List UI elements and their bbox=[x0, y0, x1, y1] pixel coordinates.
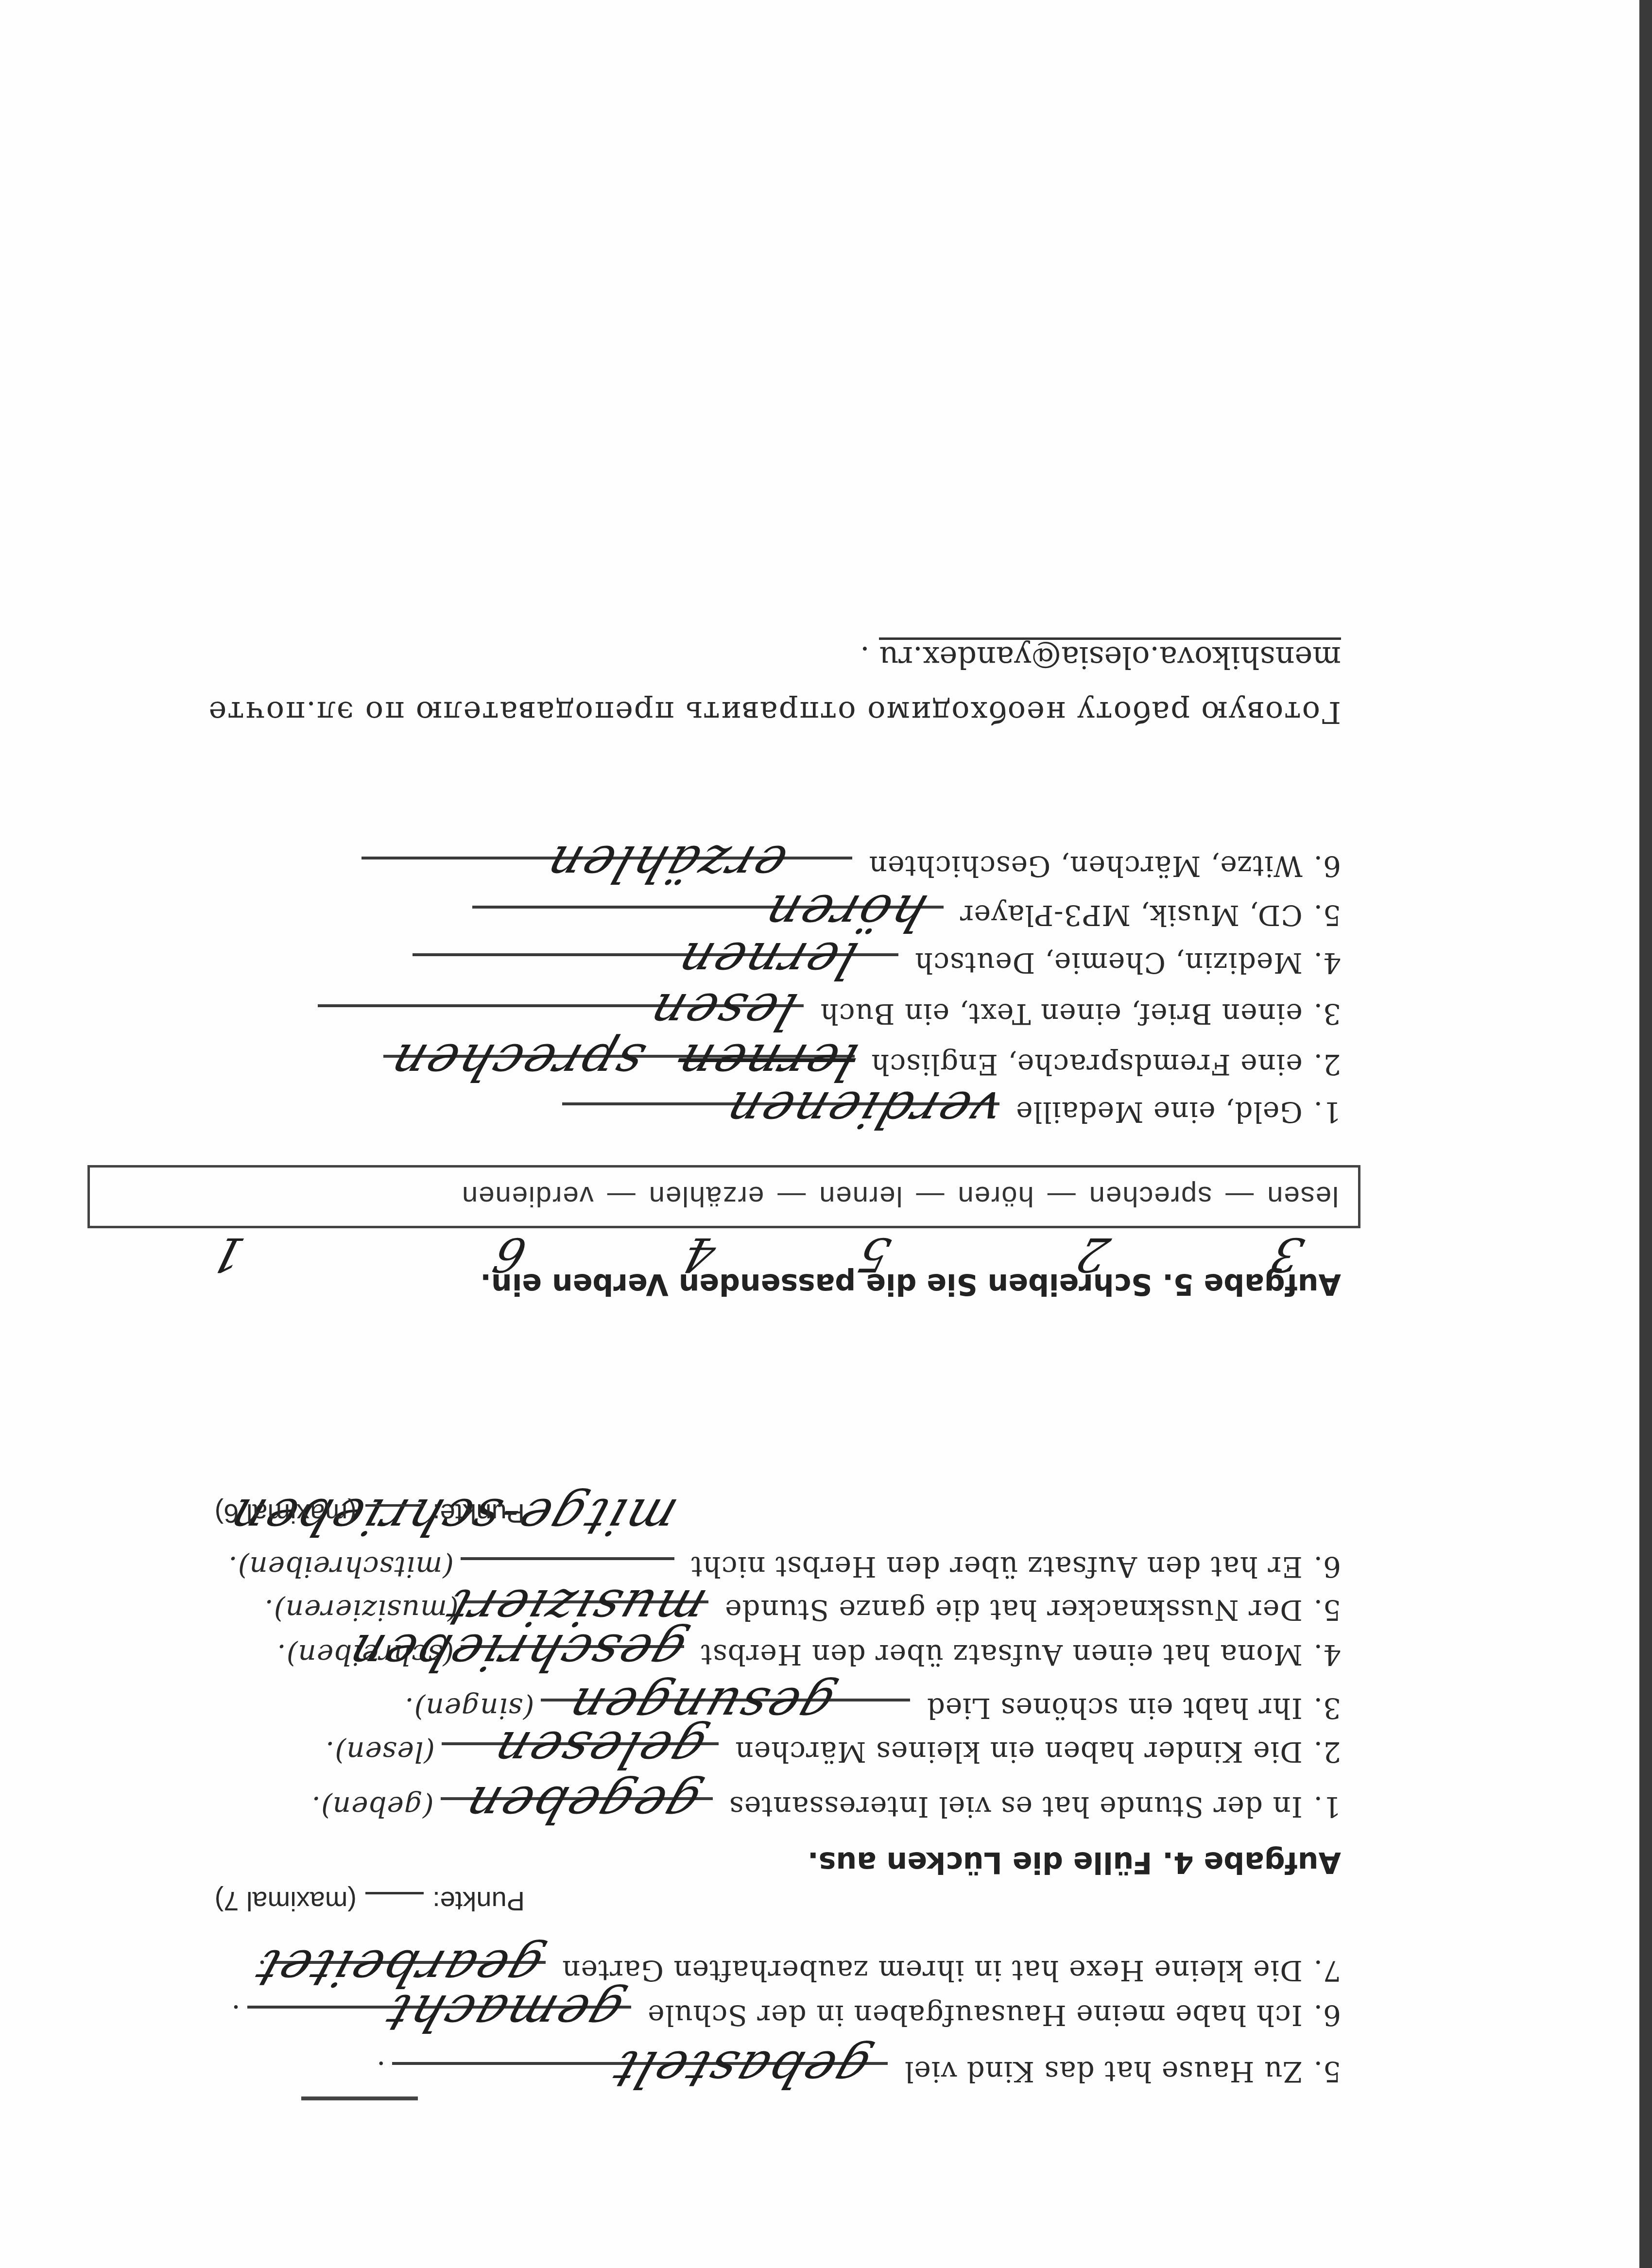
word-bank-box: lesen— sprechen— hören— lernen— erzählen… bbox=[87, 1165, 1360, 1228]
section-heading: Aufgabe 5. Schreiben Sie die passenden V… bbox=[480, 1267, 1341, 1301]
exercise-item: 6.Er hat den Aufsatz über den Herbst nic… bbox=[228, 1550, 1341, 1583]
answer-blank[interactable]: erzählen bbox=[361, 857, 852, 882]
word-bank-item: sprechen bbox=[1088, 1181, 1212, 1213]
handwritten-answer: gearbeitet bbox=[246, 1939, 551, 1998]
handwritten-answer: gegeben bbox=[455, 1775, 707, 1834]
handwritten-answer: gesungen bbox=[559, 1676, 842, 1735]
exercise-item: 1.In der Stunde hat es viel Interessante… bbox=[311, 1790, 1341, 1823]
exercise-item: 5.CD, Musik, MP3-Player hören bbox=[465, 899, 1341, 932]
exercise-item: 1.Geld, eine Medaille verdienen bbox=[555, 1096, 1341, 1129]
answer-blank[interactable]: gemacht bbox=[247, 2006, 631, 2031]
exercise-item: 6.Ich habe meine Hausaufgaben in der Sch… bbox=[231, 1999, 1341, 2032]
handwritten-answer: gebastelt bbox=[604, 2040, 878, 2099]
exercise-item: 5.Der Nussknacker hat die ganze Stunde m… bbox=[264, 1594, 1342, 1627]
word-bank-item: hören bbox=[957, 1181, 1033, 1213]
answer-blank[interactable]: lernen sprechen bbox=[383, 1055, 855, 1080]
handwritten-answer: lesen bbox=[640, 982, 804, 1041]
answer-blank[interactable]: gearbeitet bbox=[274, 1961, 546, 1986]
exercise-item: 3.einen Brief, einen Text, ein Buch lese… bbox=[311, 997, 1341, 1031]
answer-blank[interactable]: gegeben bbox=[441, 1797, 713, 1822]
divider-rule bbox=[301, 2096, 418, 2100]
score-blank[interactable] bbox=[365, 1504, 424, 1526]
exercise-item: 5.Zu Hause hat das Kind viel gebastelt. bbox=[376, 2055, 1341, 2088]
exercise-item: 7.Die kleine Hexe hat in ihrem zauberhaf… bbox=[257, 1954, 1341, 1987]
word-bank-item: lernen bbox=[818, 1181, 902, 1213]
email-line: menshikova.olesia@yandex.ru . bbox=[860, 640, 1341, 675]
scan-edge bbox=[1639, 0, 1652, 2268]
answer-blank[interactable]: mitge-schrieben bbox=[461, 1557, 674, 1582]
score-field: Punkte:(maximal 6) bbox=[215, 1498, 525, 1529]
answer-blank[interactable]: verdienen bbox=[562, 1102, 999, 1128]
answer-blank[interactable]: gelesen bbox=[442, 1742, 719, 1768]
exercise-item: 4.Medizin, Chemie, Deutsch lernen bbox=[406, 946, 1341, 979]
answer-blank[interactable]: gesungen bbox=[541, 1699, 910, 1724]
answer-blank[interactable]: geschrieben bbox=[461, 1645, 684, 1670]
handwritten-number: 1 bbox=[206, 1227, 250, 1282]
submission-instructions: Готовую работу необходимо отправить преп… bbox=[208, 695, 1341, 730]
answer-blank[interactable]: gebastelt bbox=[393, 2062, 888, 2087]
answer-blank[interactable]: musiziert bbox=[465, 1600, 708, 1626]
handwritten-answer: erzählen bbox=[537, 834, 794, 893]
exercise-item: 6.Witze, Märchen, Geschichten erzählen bbox=[355, 850, 1341, 883]
handwritten-answer: hören bbox=[755, 883, 933, 943]
exercise-item: 2.eine Fremdsprache, Englisch lernen spr… bbox=[377, 1048, 1341, 1081]
worksheet-page: 5.Zu Hause hat das Kind viel gebastelt. … bbox=[0, 0, 1652, 2268]
score-field: Punkte:(maximal 7) bbox=[215, 1886, 525, 1917]
answer-blank[interactable]: lesen bbox=[318, 1004, 804, 1030]
exercise-item: 3.Ihr habt ein schönes Lied gesungen(sin… bbox=[404, 1692, 1341, 1725]
exercise-item: 4.Mona hat einen Aufsatz über den Herbst… bbox=[276, 1638, 1341, 1671]
word-bank-item: lesen bbox=[1266, 1181, 1339, 1213]
email-address[interactable]: menshikova.olesia@yandex.ru bbox=[879, 637, 1341, 675]
handwritten-answer: musiziert bbox=[437, 1578, 713, 1637]
section-heading: Aufgabe 4. Fülle die Lücken aus. bbox=[808, 1845, 1341, 1879]
word-bank-item: verdienen bbox=[461, 1181, 594, 1213]
answer-blank[interactable]: hören bbox=[472, 906, 944, 931]
answer-blank[interactable]: lernen bbox=[413, 953, 898, 979]
struck-answer: lernen bbox=[668, 1032, 864, 1092]
word-bank-item: erzählen bbox=[648, 1181, 764, 1213]
score-blank[interactable] bbox=[365, 1892, 424, 1914]
handwritten-answer: sprechen bbox=[381, 1032, 652, 1092]
exercise-item: 2.Die Kinder haben ein kleines Märchen g… bbox=[325, 1735, 1341, 1769]
